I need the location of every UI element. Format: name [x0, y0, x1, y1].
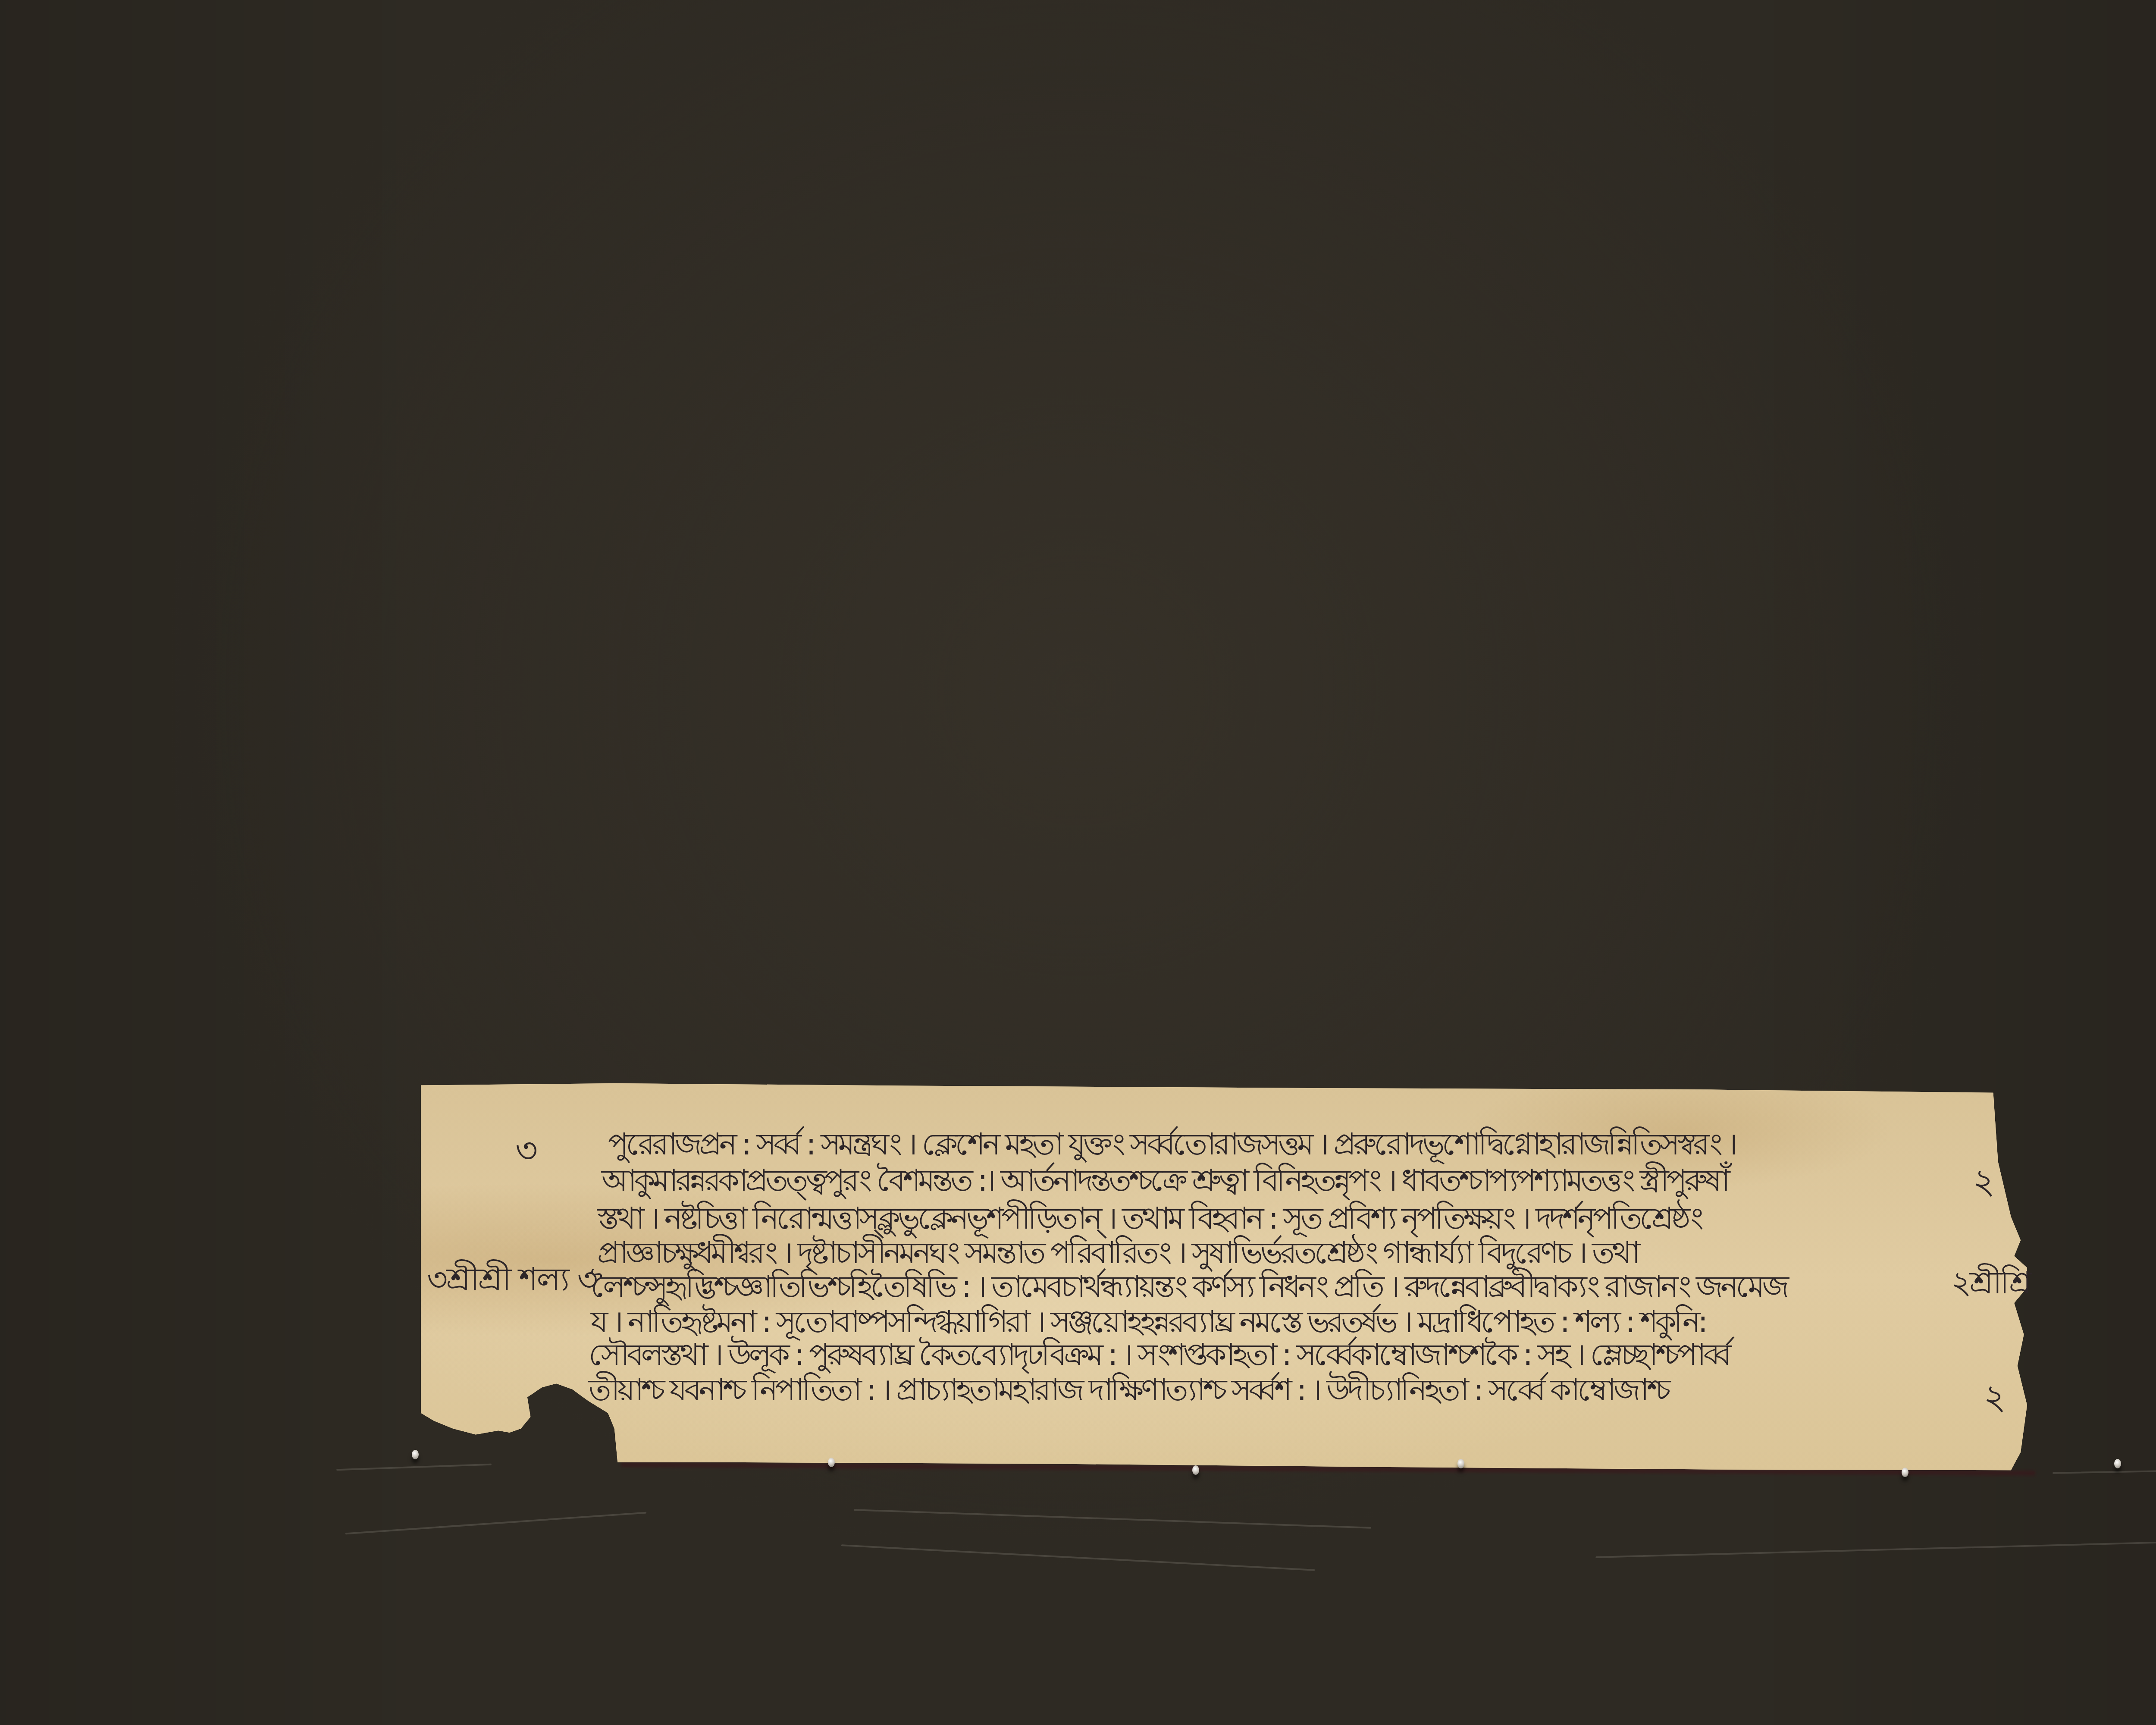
- mounting-pin: [2114, 1459, 2121, 1468]
- display-board: ৩ ৩শ্রীশ্রী শল্য ৩ ২ ২শ্রীশ্রি ২ পুরেরাজ…: [0, 0, 2156, 1725]
- board-scratch-mark: [336, 1464, 492, 1471]
- board-scratch-mark: [854, 1509, 1371, 1529]
- board-scratch-mark: [1595, 1540, 2156, 1558]
- manuscript-line-7: সৌবলস্তথা । উলূক : পুরুষব্যাঘ্র কৈতব্যোদ…: [589, 1339, 1729, 1370]
- board-scratch-mark: [2053, 1469, 2156, 1474]
- manuscript-line-3: স্তথা । নষ্টচিত্তা নিরোন্মত্তাস্ক্লুভুক্…: [597, 1203, 1701, 1233]
- mounting-pin: [1457, 1459, 1464, 1468]
- manuscript-line-5: লৈশ্চন্সুহৃদ্ভিশ্চজ্ঞাতিভিশ্চহিতৈষিভি : …: [591, 1271, 1786, 1302]
- right-margin-mark: ২: [1973, 1164, 1995, 1199]
- right-margin-mark: ২: [1984, 1380, 2006, 1414]
- manuscript-line-6: য । নাতিহৃষ্টমনা : সূতোবাষ্পসন্দিগ্ধয়াগ…: [591, 1307, 1705, 1337]
- mounting-pin: [1902, 1468, 1908, 1477]
- board-scratch-mark: [841, 1544, 1315, 1571]
- board-scratch-mark: [345, 1512, 647, 1535]
- mounting-pin: [828, 1458, 835, 1467]
- manuscript-line-2: আকুমারন্নরকাপ্রতত্ত্বপুরং বৈশমন্তত :। আর…: [602, 1165, 1728, 1195]
- manuscript-line-1: পুরেরাজপ্রন : সর্ব্ব : সমন্ত্রঘং । ক্লেশ…: [608, 1129, 1735, 1159]
- left-margin-mark: ৩: [515, 1133, 538, 1168]
- mounting-pin: [1192, 1465, 1199, 1475]
- left-margin-mark: ৩শ্রীশ্রী শল্য ৩: [427, 1264, 597, 1295]
- manuscript-line-4: প্রাজ্ঞাচক্ষুধমীশ্বরং । দৃষ্টাচাসীনমনঘং …: [597, 1238, 1638, 1268]
- right-margin-mark: ২শ্রীশ্রি: [1951, 1267, 2030, 1298]
- mounting-pin: [412, 1450, 419, 1459]
- manuscript-line-8: তীয়াশ্চ যবনাশ্চ নিপাতিতা : । প্রাচ্যাহত…: [589, 1375, 1668, 1405]
